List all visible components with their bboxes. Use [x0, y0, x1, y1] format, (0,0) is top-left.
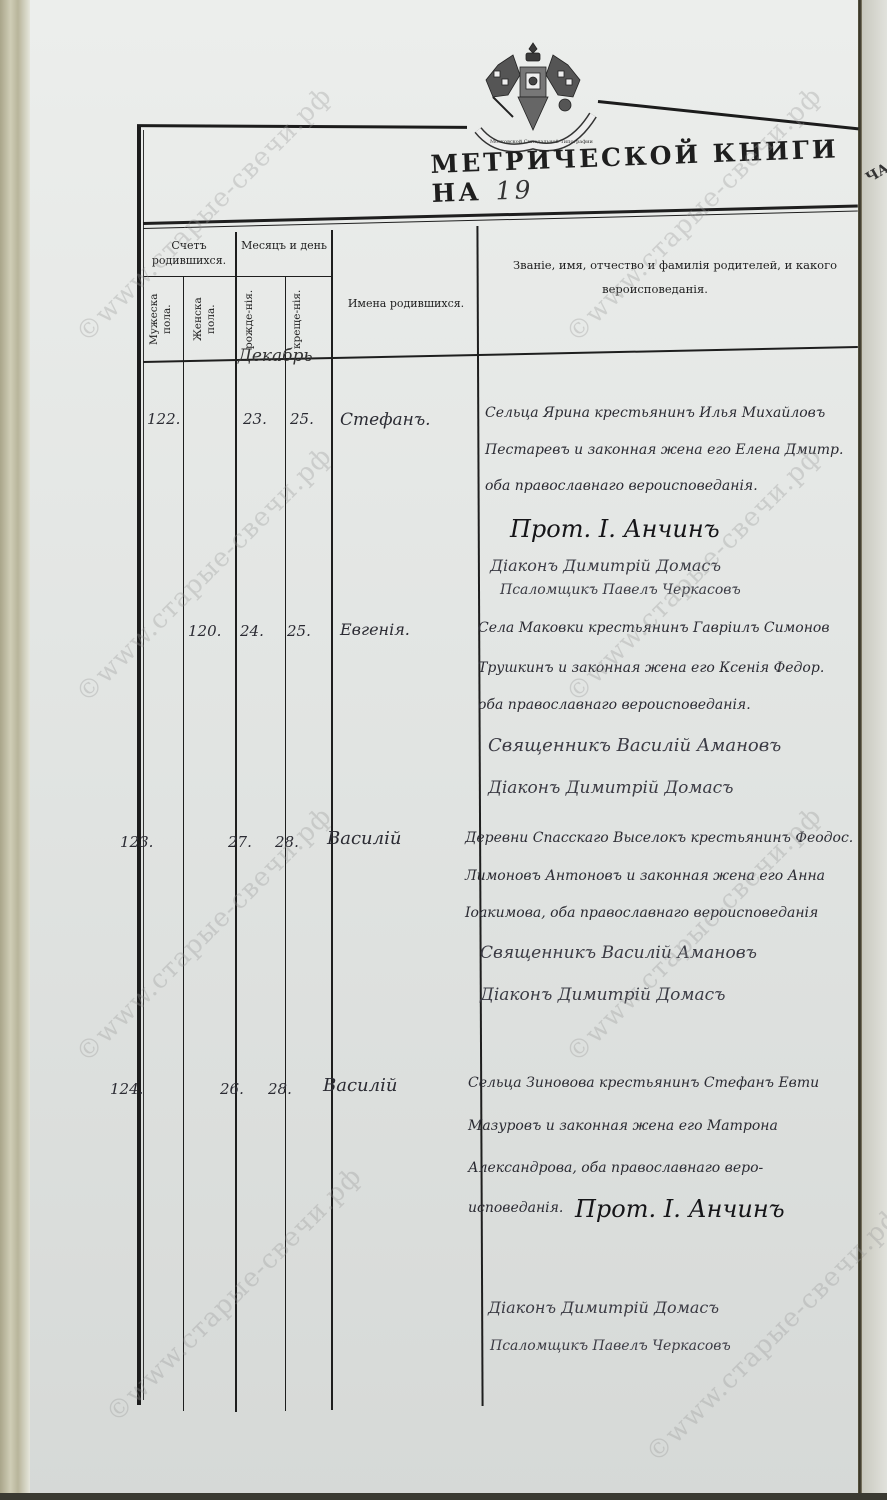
parents-line: Мазуровъ и законная жена его Матрона: [468, 1118, 778, 1134]
month-handwritten: Декабрь: [238, 346, 313, 366]
priest-signature: Прот. І. Анчинъ: [510, 515, 720, 543]
clergy-signature: Псаломщикъ Павелъ Черкасовъ: [500, 582, 741, 598]
double-headed-eagle-crest-icon: Московской Синодальной Типографии: [468, 35, 598, 160]
header-names: Имена родившихся.: [333, 296, 479, 311]
child-name: Евгенія.: [340, 620, 410, 639]
parents-line: Александрова, оба православнаго веро-: [468, 1160, 763, 1176]
clergy-signature: Діаконъ Димитрій Домасъ: [488, 1298, 719, 1317]
col-divider-date-names: [331, 230, 333, 1410]
header-date-birth: рожде-нія.: [243, 282, 273, 356]
clergy-signature: Священникъ Василій Амановъ: [480, 943, 757, 963]
frame-left-border: [137, 125, 141, 1405]
parents-line: оба православнаго вероисповеданія.: [485, 478, 758, 494]
col-divider-male-female: [183, 276, 184, 1411]
next-page-edge: ЧАСТ: [862, 0, 887, 1500]
book-binding: [0, 0, 30, 1500]
baptism-day: 25.: [290, 410, 314, 428]
clergy-signature: Діаконъ Димитрій Домасъ: [480, 985, 725, 1005]
clergy-signature: Псаломщикъ Павелъ Черкасовъ: [490, 1338, 731, 1354]
header-parents: Званіе, имя, отчество и фамилія родителе…: [490, 258, 860, 273]
male-number: 122.: [147, 410, 180, 428]
female-number: 120.: [188, 622, 221, 640]
header-date-baptism: креще-нія.: [291, 282, 321, 356]
priest-signature: Прот. І. Анчинъ: [575, 1195, 785, 1223]
birth-day: 24.: [240, 622, 264, 640]
birth-day: 23.: [243, 410, 267, 428]
clergy-signature: Священникъ Василій Амановъ: [488, 735, 781, 756]
header-count-male: Мужеска пола.: [148, 282, 178, 356]
count-subheader-rule: [143, 276, 235, 277]
parents-line: Іоакимова, оба православнаго вероисповед…: [465, 905, 818, 921]
baptism-day: 25.: [287, 622, 311, 640]
parents-line: оба православнаго вероисповеданія.: [478, 697, 751, 713]
birth-day: 27.: [228, 833, 252, 851]
page-bottom-edge: [0, 1493, 887, 1500]
parents-line: Пестаревъ и законная жена его Елена Дмит…: [485, 442, 843, 458]
child-name: Василій: [327, 828, 401, 849]
parents-line: Сельца Зиновова крестьянинъ Стефанъ Евти: [468, 1075, 819, 1091]
child-name: Василій: [323, 1075, 397, 1096]
parents-line: исповеданія.: [468, 1200, 563, 1216]
parents-line: Сельца Ярина крестьянинъ Илья Михайловъ: [485, 405, 825, 421]
title-year: 19: [495, 175, 534, 205]
clergy-signature: Діаконъ Димитрій Домасъ: [488, 778, 733, 798]
header-count-group: Счетъ родившихся.: [143, 238, 235, 268]
col-divider-count-date: [235, 232, 237, 1412]
male-number: 124.: [110, 1080, 143, 1098]
header-parents-line2: вероисповеданія.: [490, 282, 820, 297]
baptism-day: 28.: [268, 1080, 292, 1098]
parents-line: Деревни Спасскаго Выселокъ крестьянинъ Ф…: [465, 830, 853, 846]
clergy-signature: Діаконъ Димитрій Домасъ: [490, 556, 721, 575]
male-number: 123.: [120, 833, 153, 851]
parents-line: Трушкинъ и законная жена его Ксенія Федо…: [478, 660, 824, 676]
parents-line: Лимоновъ Антоновъ и законная жена его Ан…: [465, 868, 825, 884]
baptism-day: 28.: [275, 833, 299, 851]
parents-line: Села Маковки крестьянинъ Гавріилъ Симоно…: [478, 620, 830, 636]
next-page-title-fragment: ЧАСТ: [863, 150, 887, 187]
child-name: Стефанъ.: [340, 410, 431, 430]
header-date-group: Месяцъ и день: [237, 238, 331, 253]
header-count-female: Женска пола.: [192, 282, 222, 356]
birth-day: 26.: [220, 1080, 244, 1098]
frame-left-inner-border: [143, 130, 144, 1400]
